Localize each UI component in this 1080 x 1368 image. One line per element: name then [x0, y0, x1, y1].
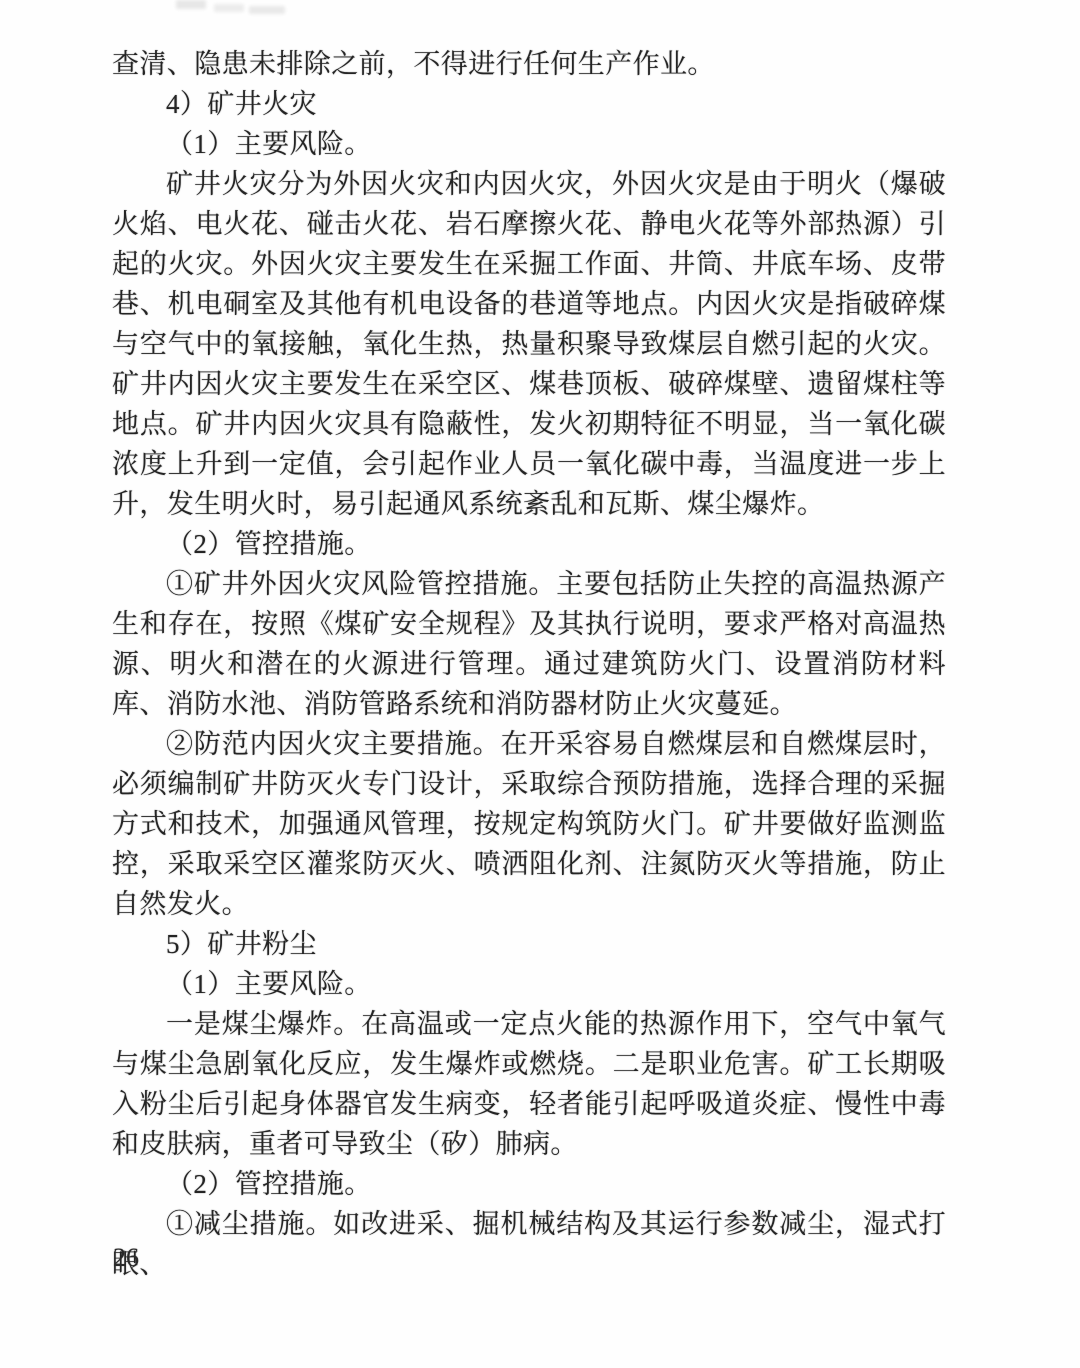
scan-cutoff-text-artifact — [176, 0, 206, 9]
paragraph-external-fire-measures: ①矿井外因火灾风险管控措施。主要包括防止失控的高温热源产生和存在，按照《煤矿安全… — [112, 564, 946, 724]
subheading-control-measures: （2）管控措施。 — [112, 524, 946, 564]
scan-cutoff-text-artifact — [214, 4, 244, 12]
section-heading-mine-dust: 5）矿井粉尘 — [112, 924, 946, 964]
paragraph-fire-risks: 矿井火灾分为外因火灾和内因火灾，外因火灾是由于明火（爆破火焰、电火花、碰击火花、… — [112, 164, 946, 524]
page-number: 26 — [113, 1243, 139, 1273]
scanned-document-page: 查清、隐患未排除之前，不得进行任何生产作业。 4）矿井火灾 （1）主要风险。 矿… — [0, 0, 1080, 1368]
document-body-text: 查清、隐患未排除之前，不得进行任何生产作业。 4）矿井火灾 （1）主要风险。 矿… — [112, 44, 946, 1284]
scan-cutoff-text-artifact — [249, 6, 285, 14]
paragraph-internal-fire-measures: ②防范内因火灾主要措施。在开采容易自燃煤层和自燃煤层时，必须编制矿井防灭火专门设… — [112, 724, 946, 924]
subheading-main-risks: （1）主要风险。 — [112, 124, 946, 164]
subheading-control-measures: （2）管控措施。 — [112, 1164, 946, 1204]
paragraph-dust-risks: 一是煤尘爆炸。在高温或一定点火能的热源作用下，空气中氧气与煤尘急剧氧化反应，发生… — [112, 1004, 946, 1164]
paragraph-continuation: 查清、隐患未排除之前，不得进行任何生产作业。 — [112, 44, 946, 84]
paragraph-dust-reduction-measures: ①减尘措施。如改进采、掘机械结构及其运行参数减尘，湿式打眼、 — [112, 1204, 946, 1284]
subheading-main-risks: （1）主要风险。 — [112, 964, 946, 1004]
section-heading-mine-fire: 4）矿井火灾 — [112, 84, 946, 124]
